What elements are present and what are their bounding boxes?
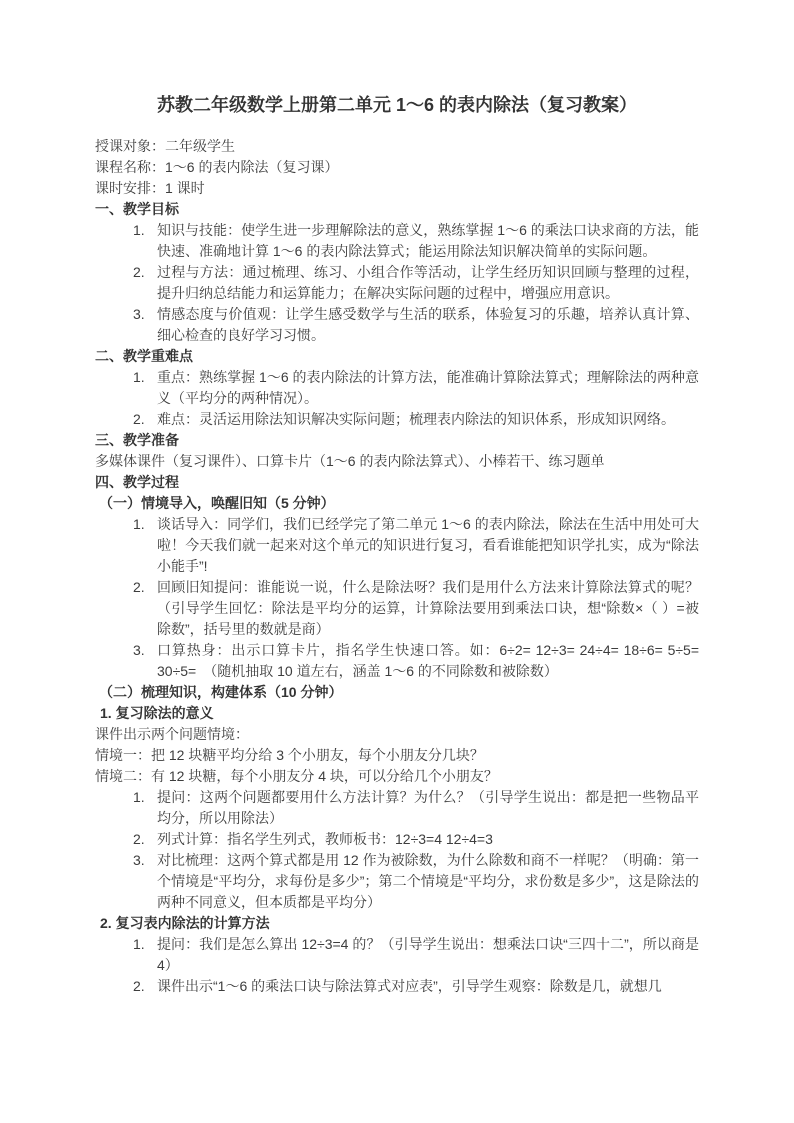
objective-item: 2. 过程与方法：通过梳理、练习、小组合作等活动，让学生经历知识回顾与整理的过程… (95, 262, 699, 304)
list-item-text: 对比梳理：这两个算式都是用 12 作为被除数，为什么除数和商不一样呢？（明确：第… (157, 852, 699, 910)
list-item-text: 情感态度与价值观：让学生感受数学与生活的联系，体验复习的乐趣，培养认真计算、细心… (157, 306, 699, 343)
list-item-number: 2. (133, 262, 145, 283)
list-item-text: 课件出示“1～6 的乘法口诀与除法算式对应表”，引导学生观察：除数是几，就想几 (157, 978, 662, 994)
block-heading-division-meaning: 1. 复习除法的意义 (95, 703, 699, 724)
document-title: 苏教二年级数学上册第二单元 1～6 的表内除法（复习教案） (95, 92, 699, 119)
list-item-number: 3. (133, 304, 145, 325)
list-item-number: 2. (133, 976, 145, 997)
list-item-number: 1. (133, 367, 145, 388)
meta-line-audience: 授课对象：二年级学生 (95, 136, 699, 157)
section-heading-objectives: 一、教学目标 (95, 199, 699, 220)
list-item-number: 3. (133, 850, 145, 871)
list-item-number: 1. (133, 934, 145, 955)
section-heading-process: 四、教学过程 (95, 472, 699, 493)
stage-heading-review: （二）梳理知识，构建体系（10 分钟） (95, 682, 699, 703)
list-item-text: 重点：熟练掌握 1～6 的表内除法的计算方法，能准确计算除法算式；理解除法的两种… (157, 369, 699, 406)
stage1-item: 3. 口算热身：出示口算卡片，指名学生快速口答。如：6÷2= 12÷3= 24÷… (95, 640, 699, 682)
list-item-text: 过程与方法：通过梳理、练习、小组合作等活动，让学生经历知识回顾与整理的过程，提升… (157, 264, 699, 301)
block2-item: 2. 课件出示“1～6 的乘法口诀与除法算式对应表”，引导学生观察：除数是几，就… (95, 976, 699, 997)
list-item-number: 2. (133, 829, 145, 850)
meta-label: 课程名称： (95, 159, 165, 175)
scenario-two: 情境二：有 12 块糖，每个小朋友分 4 块，可以分给几个小朋友？ (95, 766, 699, 787)
list-item-number: 2. (133, 409, 145, 430)
meta-value: 1 课时 (165, 180, 205, 196)
section-heading-preparation: 三、教学准备 (95, 430, 699, 451)
list-item-text: 列式计算：指名学生列式，教师板书：12÷3=4 12÷4=3 (157, 831, 493, 847)
key-point-item: 1. 重点：熟练掌握 1～6 的表内除法的计算方法，能准确计算除法算式；理解除法… (95, 367, 699, 409)
list-item-text: 难点：灵活运用除法知识解决实际问题；梳理表内除法的知识体系，形成知识网络。 (157, 411, 675, 427)
section-heading-key-points: 二、教学重难点 (95, 346, 699, 367)
list-item-text: 谈话导入：同学们，我们已经学完了第二单元 1～6 的表内除法，除法在生活中用处可… (157, 516, 699, 574)
scenario-one: 情境一：把 12 块糖平均分给 3 个小朋友，每个小朋友分几块？ (95, 745, 699, 766)
meta-label: 授课对象： (95, 138, 165, 154)
scenario-intro: 课件出示两个问题情境： (95, 724, 699, 745)
meta-value: 二年级学生 (165, 138, 235, 154)
meta-line-course: 课程名称：1～6 的表内除法（复习课） (95, 157, 699, 178)
list-item-text: 提问：我们是怎么算出 12÷3=4 的？（引导学生说出：想乘法口诀“三四十二”，… (157, 936, 699, 973)
stage1-item: 1. 谈话导入：同学们，我们已经学完了第二单元 1～6 的表内除法，除法在生活中… (95, 514, 699, 577)
key-point-item: 2. 难点：灵活运用除法知识解决实际问题；梳理表内除法的知识体系，形成知识网络。 (95, 409, 699, 430)
list-item-number: 3. (133, 640, 145, 661)
list-item-number: 2. (133, 577, 145, 598)
block1-item: 3. 对比梳理：这两个算式都是用 12 作为被除数，为什么除数和商不一样呢？（明… (95, 850, 699, 913)
block-heading-calc-method: 2. 复习表内除法的计算方法 (95, 913, 699, 934)
list-item-number: 1. (133, 220, 145, 241)
meta-label: 课时安排： (95, 180, 165, 196)
list-item-text: 回顾旧知提问：谁能说一说，什么是除法呀？我们是用什么方法来计算除法算式的呢？（引… (157, 579, 699, 637)
list-item-number: 1. (133, 787, 145, 808)
meta-line-schedule: 课时安排：1 课时 (95, 178, 699, 199)
meta-value: 1～6 的表内除法（复习课） (165, 159, 338, 175)
list-item-text: 提问：这两个问题都要用什么方法计算？为什么？（引导学生说出：都是把一些物品平均分… (157, 789, 699, 826)
block1-item: 1. 提问：这两个问题都要用什么方法计算？为什么？（引导学生说出：都是把一些物品… (95, 787, 699, 829)
document-page: 苏教二年级数学上册第二单元 1～6 的表内除法（复习教案） 授课对象：二年级学生… (0, 0, 794, 1123)
objective-item: 3. 情感态度与价值观：让学生感受数学与生活的联系，体验复习的乐趣，培养认真计算… (95, 304, 699, 346)
block2-item: 1. 提问：我们是怎么算出 12÷3=4 的？（引导学生说出：想乘法口诀“三四十… (95, 934, 699, 976)
list-item-number: 1. (133, 514, 145, 535)
list-item-text: 知识与技能：使学生进一步理解除法的意义，熟练掌握 1～6 的乘法口诀求商的方法，… (157, 222, 699, 259)
block1-item: 2. 列式计算：指名学生列式，教师板书：12÷3=4 12÷4=3 (95, 829, 699, 850)
preparation-text: 多媒体课件（复习课件）、口算卡片（1～6 的表内除法算式）、小棒若干、练习题单 (95, 451, 699, 472)
stage1-item: 2. 回顾旧知提问：谁能说一说，什么是除法呀？我们是用什么方法来计算除法算式的呢… (95, 577, 699, 640)
stage-heading-intro: （一）情境导入，唤醒旧知（5 分钟） (95, 493, 699, 514)
objective-item: 1. 知识与技能：使学生进一步理解除法的意义，熟练掌握 1～6 的乘法口诀求商的… (95, 220, 699, 262)
list-item-text: 口算热身：出示口算卡片，指名学生快速口答。如：6÷2= 12÷3= 24÷4= … (157, 642, 699, 679)
